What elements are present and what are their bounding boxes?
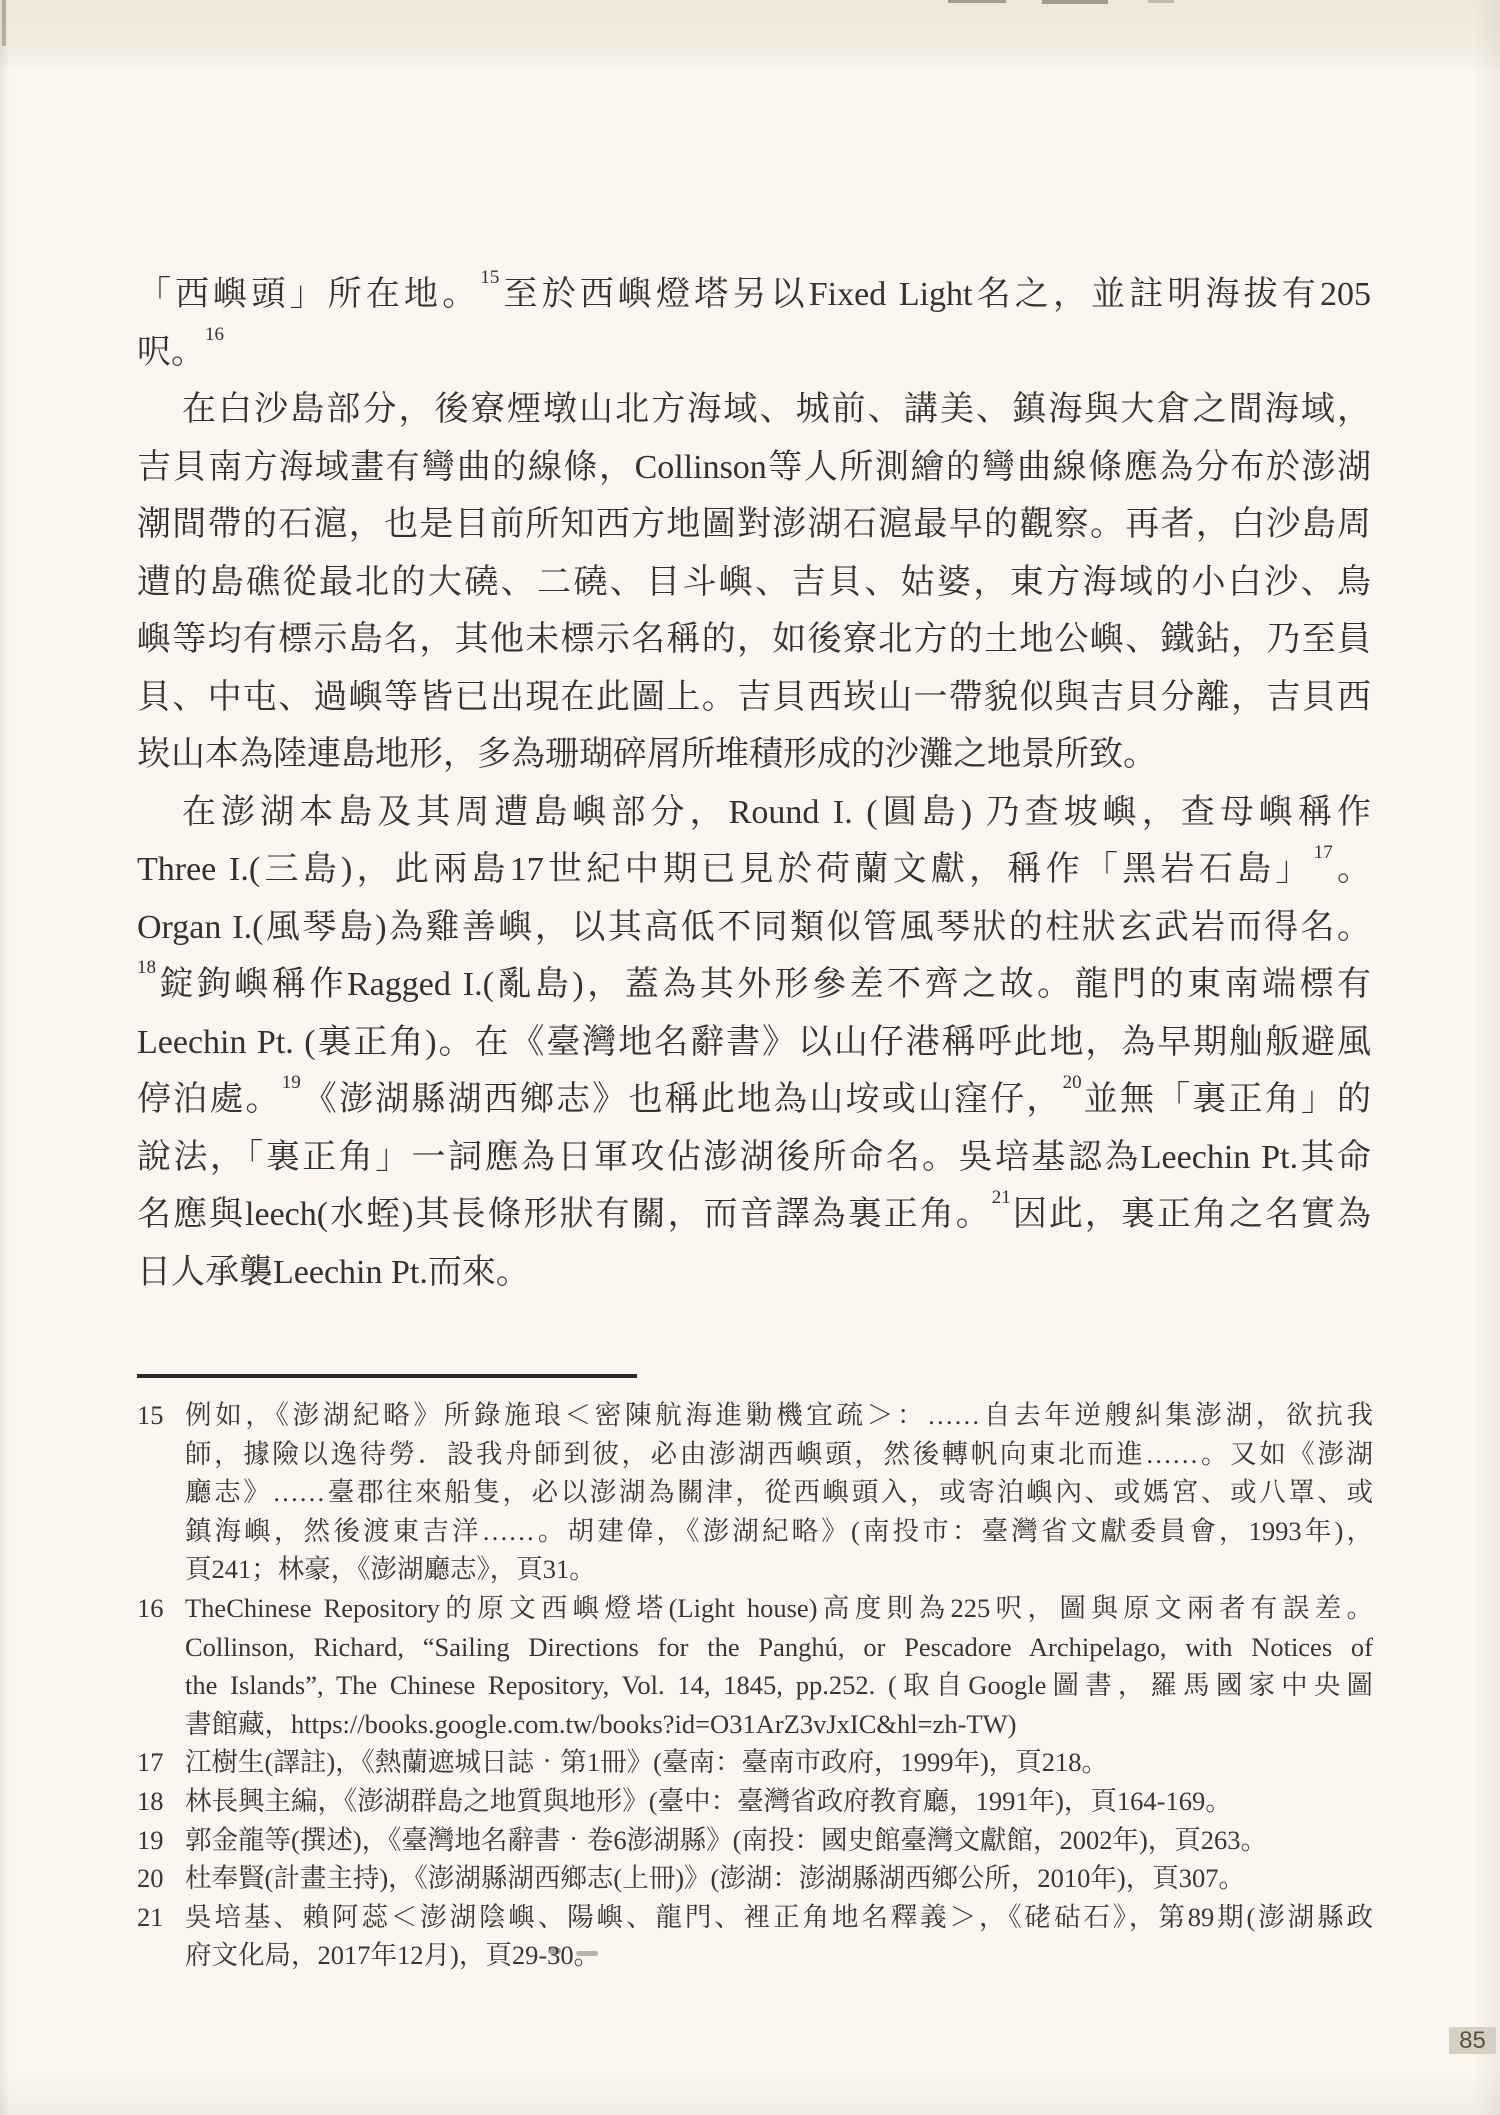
footnote-ref: 20 (1063, 1072, 1082, 1093)
scan-artifact (948, 0, 1006, 3)
footnote: 21吳培基、賴阿蕊＜澎湖陰嶼、陽嶼、龍門、裡正角地名釋義＞，《硓𥑮石》，第89期… (137, 1898, 1373, 1975)
footnote-line: 鎮海嶼，然後渡東吉洋……。胡建偉，《澎湖紀略》(南投市：臺灣省文獻委員會，199… (185, 1512, 1373, 1551)
scan-left-edge-shadow (0, 0, 10, 2115)
text-line: 停泊處。19《澎湖縣湖西鄉志》也稱此地為山垵或山窪仔，20並無「裏正角」的 (137, 1071, 1371, 1129)
footnote-line: 江樹生(譯註)，《熱蘭遮城日誌‧第1冊》(臺南：臺南市政府，1999年)，頁21… (185, 1743, 1373, 1782)
text-line: 吉貝南方海域畫有彎曲的線條，Collinson等人所測繪的彎曲線條應為分布於澎湖 (137, 439, 1371, 497)
text-run: Leechin Pt. (裏正角)。在《臺灣地名辭書》以山仔港稱呼此地，為早期舢… (137, 1024, 1371, 1061)
text-line: Organ I.(風琴島)為雞善嶼，以其高低不同類似管風琴狀的柱狀玄武岩而得名。 (137, 899, 1371, 957)
scan-top-band (0, 0, 1500, 68)
scan-artifact (1042, 0, 1108, 4)
text-run: 嶼等均有標示島名，其他未標示名稱的，如後寮北方的土地公嶼、鐵鉆，乃至員 (137, 621, 1371, 658)
text-run: 「西嶼頭」所在地。 (137, 276, 480, 313)
scan-bottom-edge-shadow (0, 2073, 1500, 2115)
footnote-line: Collinson, Richard, “Sailing Directions … (185, 1628, 1373, 1667)
text-run: Three I.(三島)，此兩島17世紀中期已見於荷蘭文獻，稱作「黑岩石島」 (137, 851, 1314, 888)
footnote-number: 15 (137, 1396, 164, 1435)
footnote: 16TheChinese Repository的原文西嶼燈塔(Light hou… (137, 1589, 1373, 1743)
footnote-line: 林長興主編，《澎湖群島之地質與地形》(臺中：臺灣省政府教育廳，1991年)，頁1… (185, 1782, 1373, 1821)
footnote-divider (137, 1374, 637, 1378)
paragraph: 在白沙島部分，後寮煙墩山北方海域、城前、講美、鎮海與大倉之間海域，吉貝南方海域畫… (137, 381, 1371, 784)
footnote-line: 廳志》……臺郡往來船隻，必以澎湖為關津，從西嶼頭入，或寄泊嶼內、或媽宮、或八罩、… (185, 1473, 1373, 1512)
text-line: 18錠鉤嶼稱作Ragged I.(亂島)，蓋為其外形參差不齊之故。龍門的東南端標… (137, 956, 1371, 1014)
footnote-ref: 18 (137, 957, 156, 978)
footnote: 20杜奉賢(計畫主持)，《澎湖縣湖西鄉志(上冊)》(澎湖：澎湖縣湖西鄉公所，20… (137, 1859, 1373, 1898)
text-line: 在白沙島部分，後寮煙墩山北方海域、城前、講美、鎮海與大倉之間海域， (137, 381, 1371, 439)
footnote: 18林長興主編，《澎湖群島之地質與地形》(臺中：臺灣省政府教育廳，1991年)，… (137, 1782, 1373, 1821)
text-run: 吉貝南方海域畫有彎曲的線條，Collinson等人所測繪的彎曲線條應為分布於澎湖 (137, 449, 1371, 486)
text-run: 錠鉤嶼稱作Ragged I.(亂島)，蓋為其外形參差不齊之故。龍門的東南端標有 (156, 966, 1371, 1003)
footnote-number: 21 (137, 1898, 164, 1937)
footnote: 15例如，《澎湖紀略》所錄施琅＜密陳航海進勦機宜疏＞：……自去年逆艘糾集澎湖，欲… (137, 1396, 1373, 1589)
text-run: 名應與leech(水蛭)其長條形狀有關，而音譯為裏正角。 (137, 1196, 992, 1233)
footnote: 19郭金龍等(撰述)，《臺灣地名辭書‧卷6澎湖縣》(南投：國史館臺灣文獻館，20… (137, 1821, 1373, 1860)
text-run: 並無「裏正角」的 (1082, 1081, 1371, 1118)
text-line: Three I.(三島)，此兩島17世紀中期已見於荷蘭文獻，稱作「黑岩石島」17… (137, 841, 1371, 899)
page-number: 85 (1459, 2027, 1486, 2055)
text-run: 在白沙島部分，後寮煙墩山北方海域、城前、講美、鎮海與大倉之間海域， (182, 391, 1371, 428)
text-run: 遭的島礁從最北的大磽、二磽、目斗嶼、吉貝、姑婆，東方海域的小白沙、鳥 (137, 564, 1371, 601)
text-run: 因此，裏正角之名實為 (1011, 1196, 1371, 1233)
text-line: 潮間帶的石滬，也是目前所知西方地圖對澎湖石滬最早的觀察。再者，白沙島周 (137, 496, 1371, 554)
scanned-page: { "page": { "number": "85" }, "colors": … (0, 0, 1500, 2115)
text-line: 呎。16 (137, 324, 1371, 382)
text-line: 嶼等均有標示島名，其他未標示名稱的，如後寮北方的土地公嶼、鐵鉆，乃至員 (137, 611, 1371, 669)
text-run: 在澎湖本島及其周遭島嶼部分，Round I. (圓島) 乃查坡嶼，查母嶼稱作 (182, 794, 1371, 831)
text-run: 貝、中屯、過嶼等皆已出現在此圖上。吉貝西崁山一帶貌似與吉貝分離，吉貝西 (137, 679, 1371, 716)
footnote-line: 例如，《澎湖紀略》所錄施琅＜密陳航海進勦機宜疏＞：……自去年逆艘糾集澎湖，欲抗我 (185, 1396, 1373, 1435)
text-line: 在澎湖本島及其周遭島嶼部分，Round I. (圓島) 乃查坡嶼，查母嶼稱作 (137, 784, 1371, 842)
text-run: 說法，「裏正角」一詞應為日軍攻佔澎湖後所命名。吳培基認為Leechin Pt.其… (137, 1139, 1371, 1176)
text-run: 潮間帶的石滬，也是目前所知西方地圖對澎湖石滬最早的觀察。再者，白沙島周 (137, 506, 1371, 543)
text-run: Organ I.(風琴島)為雞善嶼，以其高低不同類似管風琴狀的柱狀玄武岩而得名。 (137, 909, 1371, 946)
footnote-ref: 21 (992, 1187, 1011, 1208)
paragraph: 在澎湖本島及其周遭島嶼部分，Round I. (圓島) 乃查坡嶼，查母嶼稱作Th… (137, 784, 1371, 1302)
text-run: 《澎湖縣湖西鄉志》也稱此地為山垵或山窪仔， (301, 1081, 1063, 1118)
footnote-ref: 15 (480, 267, 499, 288)
footnote-ref: 17 (1314, 842, 1333, 863)
text-run: 至於西嶼燈塔另以Fixed Light名之，並註明海拔有205 (499, 276, 1371, 313)
text-line: 「西嶼頭」所在地。15至於西嶼燈塔另以Fixed Light名之，並註明海拔有2… (137, 266, 1371, 324)
text-run: 。 (1333, 851, 1371, 888)
footnote-line: 郭金龍等(撰述)，《臺灣地名辭書‧卷6澎湖縣》(南投：國史館臺灣文獻館，2002… (185, 1821, 1373, 1860)
footnote-line: 杜奉賢(計畫主持)，《澎湖縣湖西鄉志(上冊)》(澎湖：澎湖縣湖西鄉公所，2010… (185, 1859, 1373, 1898)
text-run: 日人承襲Leechin Pt.而來。 (137, 1254, 530, 1291)
text-run: 呎。 (137, 334, 205, 371)
text-line: 名應與leech(水蛭)其長條形狀有關，而音譯為裏正角。21因此，裏正角之名實為 (137, 1186, 1371, 1244)
footnote-line: 府文化局，2017年12月)，頁29-30。 (185, 1936, 1373, 1975)
text-line: 日人承襲Leechin Pt.而來。 (137, 1244, 1371, 1302)
page-number-box: 85 (1449, 2027, 1496, 2054)
footnote-ref: 19 (282, 1072, 301, 1093)
footnote-ref: 16 (205, 324, 224, 345)
scan-right-edge-shadow (1474, 0, 1500, 2115)
footnote-number: 17 (137, 1743, 164, 1782)
footnote-line: 頁241；林豪，《澎湖廳志》，頁31。 (185, 1550, 1373, 1589)
footnote: 17江樹生(譯註)，《熱蘭遮城日誌‧第1冊》(臺南：臺南市政府，1999年)，頁… (137, 1743, 1373, 1782)
footnote-line: 書館藏，https://books.google.com.tw/books?id… (185, 1705, 1373, 1744)
text-run: 停泊處。 (137, 1081, 282, 1118)
text-line: 崁山本為陸連島地形，多為珊瑚碎屑所堆積形成的沙灘之地景所致。 (137, 726, 1371, 784)
footnote-line: the Islands”, The Chinese Repository, Vo… (185, 1666, 1373, 1705)
footnotes: 15例如，《澎湖紀略》所錄施琅＜密陳航海進勦機宜疏＞：……自去年逆艘糾集澎湖，欲… (137, 1396, 1373, 1975)
text-line: 遭的島礁從最北的大磽、二磽、目斗嶼、吉貝、姑婆，東方海域的小白沙、鳥 (137, 554, 1371, 612)
text-run: 崁山本為陸連島地形，多為珊瑚碎屑所堆積形成的沙灘之地景所致。 (137, 736, 1157, 773)
footnote-number: 19 (137, 1821, 164, 1860)
text-line: 貝、中屯、過嶼等皆已出現在此圖上。吉貝西崁山一帶貌似與吉貝分離，吉貝西 (137, 669, 1371, 727)
footnote-line: TheChinese Repository的原文西嶼燈塔(Light house… (185, 1589, 1373, 1628)
text-line: 說法，「裏正角」一詞應為日軍攻佔澎湖後所命名。吳培基認為Leechin Pt.其… (137, 1129, 1371, 1187)
footnote-number: 20 (137, 1859, 164, 1898)
paragraph: 「西嶼頭」所在地。15至於西嶼燈塔另以Fixed Light名之，並註明海拔有2… (137, 266, 1371, 381)
main-text: 「西嶼頭」所在地。15至於西嶼燈塔另以Fixed Light名之，並註明海拔有2… (137, 266, 1371, 1301)
footnote-line: 師，據險以逸待勞．設我舟師到彼，必由澎湖西嶼頭，然後轉帆向東北而進……。又如《澎… (185, 1435, 1373, 1474)
scan-artifact (2, 0, 6, 46)
footnote-line: 吳培基、賴阿蕊＜澎湖陰嶼、陽嶼、龍門、裡正角地名釋義＞，《硓𥑮石》，第89期(澎… (185, 1898, 1373, 1937)
footnote-number: 18 (137, 1782, 164, 1821)
text-line: Leechin Pt. (裏正角)。在《臺灣地名辭書》以山仔港稱呼此地，為早期舢… (137, 1014, 1371, 1072)
footnote-number: 16 (137, 1589, 164, 1628)
scan-artifact (1148, 0, 1174, 3)
